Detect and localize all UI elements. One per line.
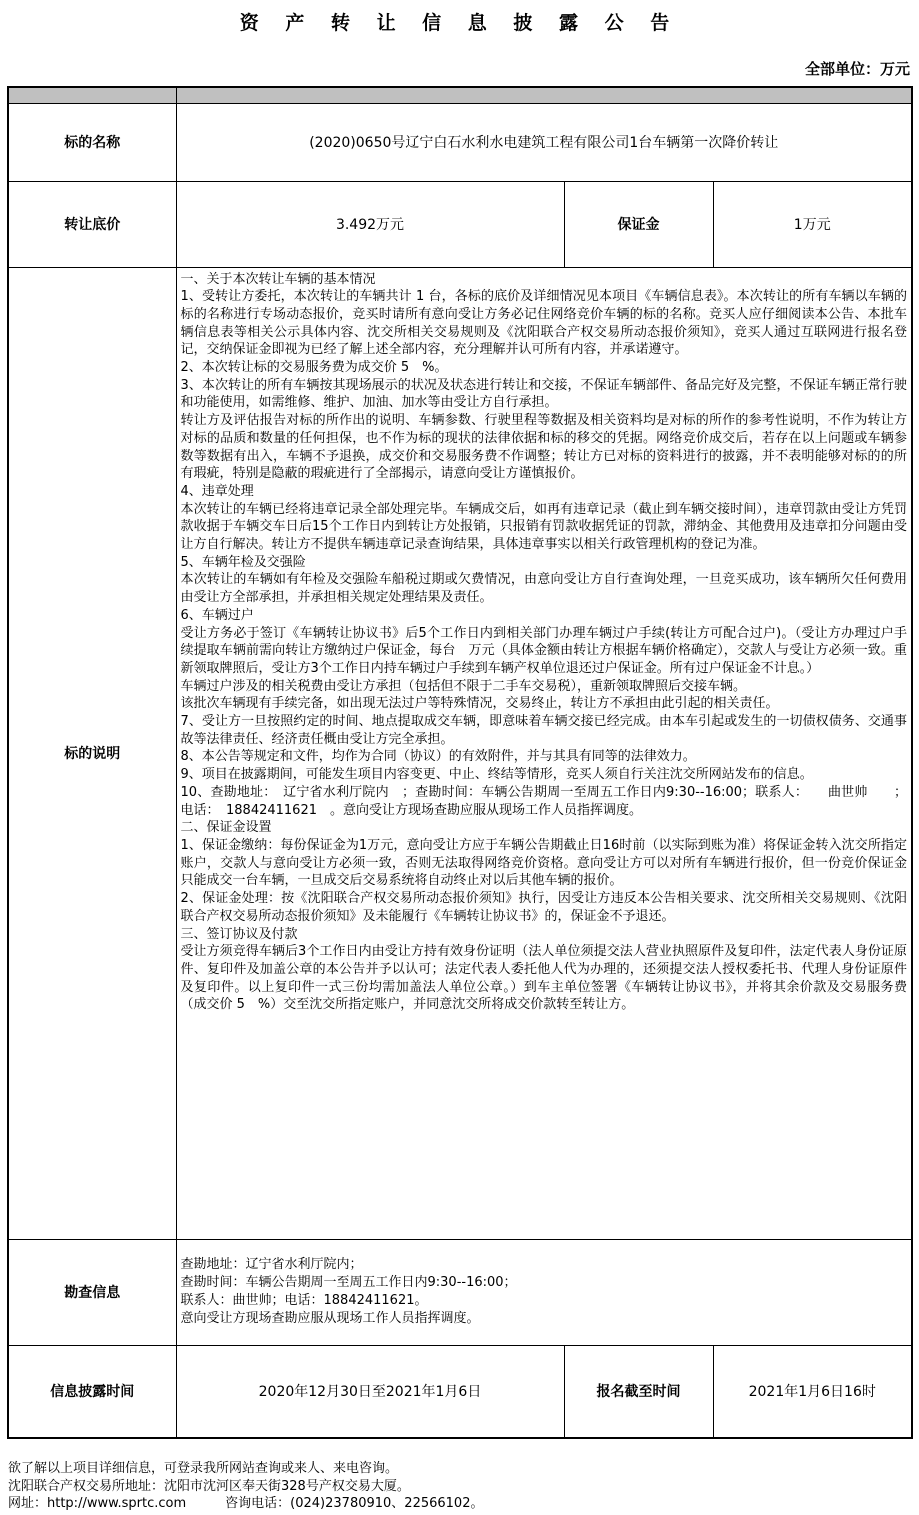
subject-name-value: (2020)0650号辽宁白石水利水电建筑工程有限公司1台车辆第一次降价转让 (176, 103, 912, 181)
survey-content: 查勘地址：辽宁省水利厅院内； 查勘时间：车辆公告期周一至周五工作日内9:30--… (176, 1239, 912, 1345)
survey-line: 查勘地址：辽宁省水利厅院内； (181, 1256, 908, 1274)
subject-name-label: 标的名称 (8, 103, 176, 181)
survey-label: 勘查信息 (8, 1239, 176, 1345)
registration-deadline-label: 报名截至时间 (564, 1345, 713, 1438)
unit-note: 全部单位：万元 (805, 58, 910, 79)
description-paragraph: 三、签订协议及付款 (181, 926, 908, 944)
description-paragraph: 9、项目在披露期间，可能发生项目内容变更、中止、终结等情形，竞买人须自行关注沈交… (181, 766, 908, 784)
description-label: 标的说明 (8, 267, 176, 1239)
description-paragraph: 一、关于本次转让车辆的基本情况 (181, 271, 908, 289)
footer-line: 网址：http://www.sprtc.com 咨询电话：(024)237809… (8, 1495, 483, 1513)
page-title: 资 产 转 让 信 息 披 露 公 告 (0, 8, 919, 35)
description-paragraph: 2、保证金处理：按《沈阳联合产权交易所动态报价须知》执行，因受让方违反本公告相关… (181, 890, 908, 925)
table-header-row (8, 87, 912, 103)
header-cell-right (176, 87, 912, 103)
disclosure-period-label: 信息披露时间 (8, 1345, 176, 1438)
footer-line: 沈阳联合产权交易所地址：沈阳市沈河区奉天街328号产权交易大厦。 (8, 1478, 483, 1496)
floor-price-value: 3.492万元 (176, 181, 564, 267)
survey-line: 查勘时间：车辆公告期周一至周五工作日内9:30--16:00； (181, 1274, 908, 1292)
footer-notes: 欲了解以上项目详细信息，可登录我所网站查询或来人、来电咨询。 沈阳联合产权交易所… (8, 1460, 483, 1513)
description-paragraph: 本次转让的车辆如有年检及交强险车船税过期或欠费情况，由意向受让方自行查询处理，一… (181, 571, 908, 606)
footer-line: 欲了解以上项目详细信息，可登录我所网站查询或来人、来电咨询。 (8, 1460, 483, 1478)
description-row: 标的说明 一、关于本次转让车辆的基本情况 1、受转让方委托，本次转让的车辆共计 … (8, 267, 912, 1239)
description-paragraph: 受让方须竞得车辆后3个工作日内由受让方持有效身份证明（法人单位须提交法人营业执照… (181, 943, 908, 1014)
deposit-value: 1万元 (713, 181, 912, 267)
survey-line: 意向受让方现场查勘应服从现场工作人员指挥调度。 (181, 1310, 908, 1328)
description-paragraph: 5、车辆年检及交强险 (181, 554, 908, 572)
description-paragraph: 10、查勘地址： 辽宁省水利厅院内 ；查勘时间：车辆公告期周一至周五工作日内9:… (181, 784, 908, 819)
description-paragraph: 1、保证金缴纳：每份保证金为1万元，意向受让方应于车辆公告期截止日16时前（以实… (181, 837, 908, 890)
description-paragraph: 车辆过户涉及的相关税费由受让方承担（包括但不限于二手车交易税），重新领取牌照后交… (181, 678, 908, 696)
description-paragraph: 4、违章处理 (181, 483, 908, 501)
description-paragraph: 本次转让的车辆已经将违章记录全部处理完毕。车辆成交后，如再有违章记录（截止到车辆… (181, 501, 908, 554)
disclosure-time-row: 信息披露时间 2020年12月30日至2021年1月6日 报名截至时间 2021… (8, 1345, 912, 1438)
announcement-table: 标的名称 (2020)0650号辽宁白石水利水电建筑工程有限公司1台车辆第一次降… (7, 86, 913, 1439)
description-paragraph: 6、车辆过户 (181, 607, 908, 625)
deposit-label: 保证金 (564, 181, 713, 267)
header-cell-left (8, 87, 176, 103)
announcement-page: 资 产 转 让 信 息 披 露 公 告 全部单位：万元 标的名称 (2020)0… (0, 0, 919, 1515)
price-row: 转让底价 3.492万元 保证金 1万元 (8, 181, 912, 267)
disclosure-period-value: 2020年12月30日至2021年1月6日 (176, 1345, 564, 1438)
description-paragraph: 1、受转让方委托，本次转让的车辆共计 1 台，各标的底价及详细情况见本项目《车辆… (181, 288, 908, 359)
subject-name-row: 标的名称 (2020)0650号辽宁白石水利水电建筑工程有限公司1台车辆第一次降… (8, 103, 912, 181)
description-paragraph: 7、受让方一旦按照约定的时间、地点提取成交车辆，即意味着车辆交接已经完成。由本车… (181, 713, 908, 748)
description-paragraph: 8、本公告等规定和文件，均作为合同（协议）的有效附件，并与其具有同等的法律效力。 (181, 748, 908, 766)
description-paragraph: 二、保证金设置 (181, 819, 908, 837)
description-paragraph: 受让方务必于签订《车辆转让协议书》后5个工作日内到相关部门办理车辆过户手续(转让… (181, 625, 908, 678)
survey-row: 勘查信息 查勘地址：辽宁省水利厅院内； 查勘时间：车辆公告期周一至周五工作日内9… (8, 1239, 912, 1345)
description-paragraph: 转让方及评估报告对标的所作出的说明、车辆参数、行驶里程等数据及相关资料均是对标的… (181, 412, 908, 483)
description-paragraph: 3、本次转让的所有车辆按其现场展示的状况及状态进行转让和交接，不保证车辆部件、备… (181, 377, 908, 412)
survey-line: 联系人：曲世帅；电话：18842411621。 (181, 1292, 908, 1310)
description-paragraph: 该批次车辆现有手续完备，如出现无法过户等特殊情况，交易终止，转让方不承担由此引起… (181, 695, 908, 713)
floor-price-label: 转让底价 (8, 181, 176, 267)
description-content: 一、关于本次转让车辆的基本情况 1、受转让方委托，本次转让的车辆共计 1 台，各… (176, 267, 912, 1239)
registration-deadline-value: 2021年1月6日16时 (713, 1345, 912, 1438)
description-paragraph: 2、本次转让标的交易服务费为成交价 5 %。 (181, 359, 908, 377)
